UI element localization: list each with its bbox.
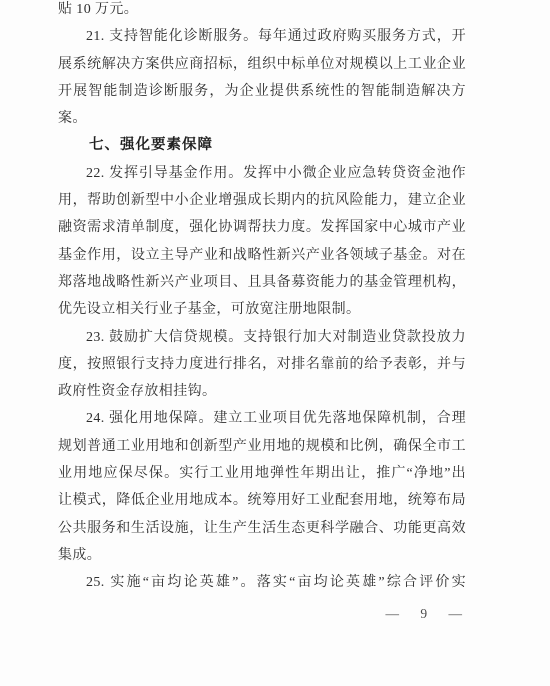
paragraph: 23. 鼓励扩大信贷规模。支持银行加大对制造业贷款投放力度，按照银行支持力度进行… [58,324,466,406]
text-line: 展系统解决方案供应商招标，组织中标单位对规模以上工业企业 [58,51,466,78]
text-line: 开展智能制造诊断服务，为企业提供系统性的智能制造解决方 [58,78,466,105]
text-line: 优先设立相关行业子基金，可放宽注册地限制。 [58,296,466,323]
text-line: 21. 支持智能化诊断服务。每年通过政府购买服务方式，开 [58,23,466,50]
paragraph: 25. 实施“亩均论英雄”。落实“亩均论英雄”综合评价实 [58,569,466,596]
text-line: 公共服务和生活设施，让生产生活生态更科学融合、功能更高效 [58,515,466,542]
text-line: 郑落地战略性新兴产业项目、且具备募资能力的基金管理机构， [58,269,466,296]
paragraph: 22. 发挥引导基金作用。发挥中小微企业应急转贷资金池作用，帮助创新型中小企业增… [58,160,466,324]
text-line: 度，按照银行支持力度进行排名，对排名靠前的给予表彰，并与 [58,351,466,378]
paragraph: 贴 10 万元。 [58,0,466,23]
document-page: 贴 10 万元。21. 支持智能化诊断服务。每年通过政府购买服务方式，开展系统解… [0,0,550,686]
text-line: 23. 鼓励扩大信贷规模。支持银行加大对制造业贷款投放力 [58,324,466,351]
text-line: 24. 强化用地保障。建立工业项目优先落地保障机制，合理 [58,405,466,432]
page-number: — 9 — [58,606,466,622]
text-line: 基金作用，设立主导产业和战略性新兴产业各领域子基金。对在 [58,242,466,269]
section-heading: 七、强化要素保障 [58,132,466,159]
text-line: 规划普通工业用地和创新型产业用地的规模和比例，确保全市工 [58,433,466,460]
text-line: 政府性资金存放相挂钩。 [58,378,466,405]
text-line: 用，帮助创新型中小企业增强成长期内的抗风险能力，建立企业 [58,187,466,214]
text-line: 22. 发挥引导基金作用。发挥中小微企业应急转贷资金池作 [58,160,466,187]
text-line: 贴 10 万元。 [58,0,466,23]
text-line: 25. 实施“亩均论英雄”。落实“亩均论英雄”综合评价实 [58,569,466,596]
page-content: 贴 10 万元。21. 支持智能化诊断服务。每年通过政府购买服务方式，开展系统解… [58,0,466,622]
text-line: 案。 [58,105,466,132]
text-line: 集成。 [58,542,466,569]
paragraph: 24. 强化用地保障。建立工业项目优先落地保障机制，合理规划普通工业用地和创新型… [58,405,466,569]
text-line: 七、强化要素保障 [58,132,466,159]
text-line: 业用地应保尽保。实行工业用地弹性年期出让，推广“净地”出 [58,460,466,487]
text-line: 融资需求清单制度，强化协调帮扶力度。发挥国家中心城市产业 [58,214,466,241]
paragraph: 21. 支持智能化诊断服务。每年通过政府购买服务方式，开展系统解决方案供应商招标… [58,23,466,132]
text-line: 让模式，降低企业用地成本。统筹用好工业配套用地，统筹布局 [58,487,466,514]
